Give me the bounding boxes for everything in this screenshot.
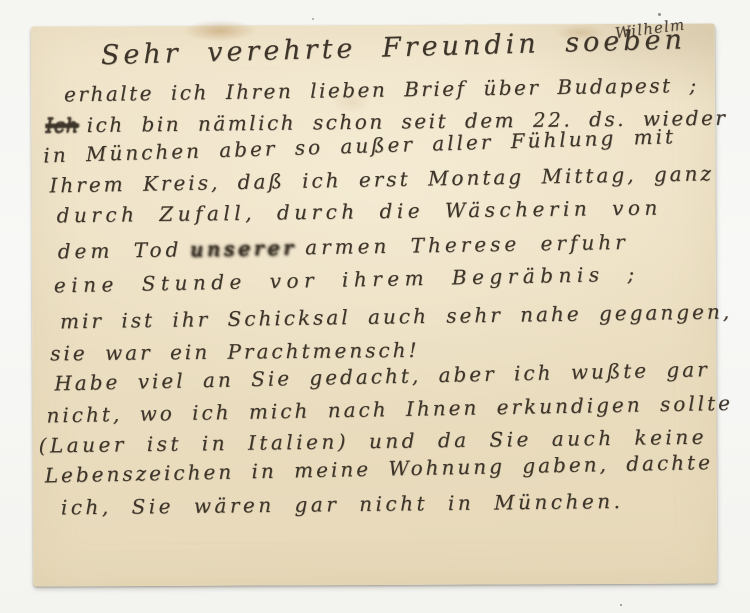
handwritten-line: eine Stunde vor ihrem Begräbnis ;: [54, 262, 640, 298]
dust-speck: [312, 18, 314, 20]
scan-background: Wilhelm Sehr verehrte Freundin soeben er…: [0, 0, 750, 613]
postcard: Wilhelm Sehr verehrte Freundin soeben er…: [31, 24, 717, 587]
ink-smudged-word: unserer: [190, 235, 297, 261]
handwritten-line: Ihrem Kreis, daß ich erst Montag Mittag,…: [49, 161, 714, 197]
handwritten-line: sie war ein Prachtmensch!: [50, 338, 420, 366]
handwritten-line: nicht, wo ich mich nach Ihnen erkundigen…: [46, 391, 733, 428]
line-text: armen Therese erfuhr: [305, 230, 629, 259]
handwritten-line: erhalte ich Ihren lieben Brief über Buda…: [64, 73, 699, 106]
handwritten-line: ich, Sie wären gar nicht in München.: [61, 489, 624, 519]
crossed-out-word: Ich: [45, 113, 79, 137]
handwritten-line: durch Zufall, durch die Wäscherin von: [56, 195, 661, 227]
dust-speck: [620, 604, 622, 606]
line-text: dem Tod: [58, 237, 183, 263]
handwritten-line: Sehr verehrte Freundin soeben: [100, 24, 686, 71]
handwritten-line: mir ist ihr Schicksal auch sehr nahe geg…: [60, 299, 732, 333]
dust-speck: [658, 13, 661, 16]
handwritten-line: dem Todunsererarmen Therese erfuhr: [58, 230, 629, 263]
